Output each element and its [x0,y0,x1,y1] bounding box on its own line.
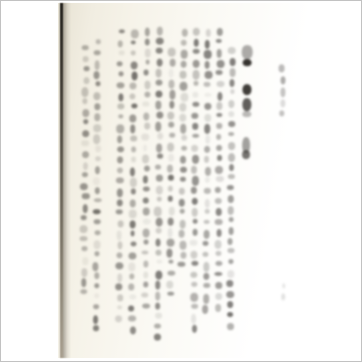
glyph-blob [182,29,188,37]
glyph-blob [130,40,136,44]
glyph-blob [192,123,198,129]
glyph-blob [180,167,187,173]
body-column [179,29,186,272]
glyph-blob [192,325,197,334]
glyph-blob [143,70,149,75]
glyph-blob [215,198,222,204]
glyph-blob [142,155,149,164]
glyph-blob [192,229,197,235]
glyph-blob [142,229,149,238]
glyph-blob [227,312,233,317]
glyph-blob [143,112,149,121]
glyph-blob [129,93,135,100]
glyph-blob [215,166,222,174]
glyph-blob [95,103,101,110]
glyph-blob [131,146,136,153]
glyph-blob [81,141,88,146]
glyph-blob [230,58,236,66]
glyph-blob [192,70,200,79]
glyph-blob [145,38,150,46]
glyph-blob [204,124,210,133]
glyph-blob [155,217,163,226]
glyph-blob [167,249,173,258]
glyph-blob [167,228,173,237]
glyph-blob [181,135,187,141]
glyph-blob [82,98,87,104]
glyph-blob [117,135,123,143]
glyph-blob [156,260,162,264]
glyph-blob [94,272,100,279]
glyph-blob [129,114,136,122]
glyph-blob [204,156,209,163]
glyph-blob [204,61,209,69]
glyph-blob [82,257,87,265]
glyph-blob [130,125,135,133]
glyph-blob [279,110,284,116]
glyph-blob [143,144,148,151]
body-column [93,39,101,338]
glyph-blob [94,219,101,224]
glyph-blob [204,71,212,79]
glyph-blob [93,50,100,55]
glyph-blob [202,304,208,313]
glyph-blob [170,101,175,109]
glyph-blob [179,220,185,229]
glyph-blob [215,240,222,249]
glyph-blob [229,217,234,223]
glyph-blob [94,251,99,256]
glyph-blob [156,37,164,45]
glyph-blob [155,281,160,290]
glyph-blob [216,176,224,181]
glyph-blob [242,111,251,117]
glyph-blob [191,166,197,175]
glyph-blob [143,218,151,225]
glyph-blob [216,70,223,74]
glyph-blob [129,284,135,290]
glyph-blob [131,188,136,194]
glyph-blob [228,111,234,117]
glyph-blob [129,210,137,218]
glyph-blob [94,135,101,144]
glyph-blob [94,71,99,80]
glyph-blob [204,92,211,96]
glyph-blob [119,29,125,33]
glyph-blob [83,119,88,124]
glyph-blob [191,303,198,308]
glyph-blob [181,145,188,151]
glyph-blob [95,166,100,174]
glyph-blob [215,282,222,289]
glyph-blob [155,302,160,309]
columns-layer [0,1,361,362]
glyph-blob [93,177,100,185]
glyph-blob [82,278,87,287]
glyph-blob [130,199,136,207]
glyph-blob [228,248,235,253]
glyph-blob [156,58,162,67]
glyph-blob [156,196,161,201]
glyph-blob [217,28,223,36]
glyph-blob [117,82,124,88]
glyph-blob [180,241,186,250]
glyph-blob [204,209,210,214]
glyph-blob [156,69,162,77]
glyph-blob [227,206,234,215]
glyph-blob [280,87,285,97]
glyph-blob [115,284,122,291]
glyph-blob [190,240,197,246]
glyph-blob [155,249,161,255]
glyph-blob [130,231,135,237]
glyph-blob [204,220,210,224]
glyph-blob [169,58,175,66]
glyph-blob [94,124,101,132]
glyph-blob [228,174,235,179]
glyph-blob [191,261,198,266]
glyph-blob [118,72,123,77]
glyph-blob [117,305,122,310]
glyph-blob [116,167,123,174]
glyph-blob [228,259,234,264]
glyph-blob [190,272,197,279]
glyph-blob [155,101,161,110]
glyph-blob [93,315,98,324]
glyph-blob [216,123,222,128]
glyph-blob [230,89,235,94]
glyph-blob [191,113,198,119]
glyph-blob [191,282,198,286]
glyph-blob [191,187,197,194]
glyph-blob [216,251,222,257]
glyph-blob [193,38,198,46]
glyph-blob [129,252,137,260]
glyph-blob [215,219,223,225]
glyph-blob [179,82,187,92]
glyph-blob [142,303,150,309]
body-column [191,28,199,334]
glyph-blob [141,292,148,297]
glyph-blob [280,76,285,85]
glyph-blob [145,59,150,64]
glyph-blob [95,156,101,161]
glyph-blob [118,220,124,227]
glyph-blob [179,114,186,122]
glyph-blob [94,60,100,69]
glyph-blob [217,92,223,102]
glyph-blob [143,282,148,287]
body-column [227,47,235,332]
glyph-blob [193,219,198,224]
glyph-blob [143,271,148,279]
glyph-blob [229,100,235,108]
glyph-blob [116,252,122,258]
glyph-blob [117,241,122,250]
glyph-blob [193,49,200,54]
glyph-blob [93,325,99,331]
glyph-blob [84,66,90,71]
glyph-blob [178,198,185,206]
glyph-blob [117,146,124,152]
glyph-blob [129,273,135,279]
body-column [167,48,175,302]
glyph-blob [82,151,89,158]
glyph-blob [204,39,209,48]
glyph-blob [180,92,188,101]
glyph-blob [143,197,148,203]
glyph-blob [280,99,285,107]
glyph-blob [82,130,89,137]
glyph-blob [155,80,162,87]
glyph-blob [180,39,186,46]
glyph-blob [155,270,162,279]
glyph-blob [227,238,232,245]
glyph-blob [82,172,88,177]
glyph-blob [83,204,88,213]
glyph-blob [228,195,234,202]
glyph-blob [215,208,221,216]
glyph-blob [155,239,160,247]
section-label-column [280,64,285,120]
glyph-blob [192,176,199,185]
glyph-blob [192,102,200,107]
glyph-blob [181,61,187,69]
glyph-blob [94,294,99,299]
glyph-blob [117,40,122,47]
glyph-blob [155,228,162,234]
glyph-blob [93,262,98,271]
glyph-blob [179,177,185,182]
glyph-blob [205,177,211,183]
glyph-blob [168,175,173,181]
glyph-blob [181,50,187,58]
glyph-blob [168,196,173,202]
glyph-blob [193,28,200,36]
glyph-blob [169,132,175,137]
glyph-blob [131,72,138,81]
glyph-blob [81,88,88,97]
glyph-blob [205,167,211,176]
chapter-heading-column [241,45,251,166]
glyph-blob [94,241,101,250]
glyph-blob [115,316,123,323]
glyph-blob [191,197,198,205]
glyph-blob [203,262,209,272]
glyph-blob [143,176,148,184]
glyph-blob [179,103,187,112]
glyph-blob [157,133,163,140]
glyph-blob [180,209,185,214]
glyph-blob [179,230,185,238]
glyph-blob [203,82,210,87]
glyph-blob [217,155,222,161]
glyph-blob [228,132,234,137]
glyph-blob [228,153,236,162]
glyph-blob [228,47,235,54]
glyph-blob [190,250,198,258]
glyph-blob [204,103,211,110]
glyph-blob [181,124,187,133]
glyph-blob [142,102,149,107]
glyph-blob [228,227,233,235]
glyph-blob [228,121,235,127]
glyph-blob [145,49,151,58]
glyph-blob [142,250,149,254]
glyph-blob [141,133,149,140]
body-column [203,29,211,312]
glyph-blob [129,294,136,299]
glyph-blob [157,154,162,159]
glyph-blob [93,209,101,214]
product-image-frame [0,0,362,362]
glyph-blob [279,64,285,72]
glyph-blob [204,114,211,123]
glyph-blob [154,334,161,340]
glyph-blob [180,251,187,258]
glyph-blob [80,289,87,295]
glyph-blob [180,71,186,79]
glyph-blob [227,270,234,278]
glyph-blob [83,162,89,171]
glyph-blob [156,175,162,181]
glyph-blob [117,125,124,134]
glyph-blob [191,314,197,323]
glyph-blob [203,273,209,280]
glyph-blob [143,187,150,192]
glyph-blob [129,82,136,89]
glyph-blob [227,280,234,287]
glyph-blob [95,113,100,121]
glyph-blob [242,84,251,95]
glyph-blob [131,157,136,163]
glyph-blob [155,48,162,54]
body-column [129,29,137,333]
glyph-blob [128,316,136,322]
glyph-blob [130,178,137,188]
glyph-blob [167,270,175,276]
glyph-blob [144,91,150,97]
glyph-blob [217,102,223,110]
glyph-blob [229,79,235,87]
glyph-blob [191,144,199,151]
glyph-blob [130,167,135,176]
glyph-blob [154,207,162,216]
glyph-blob [154,323,161,328]
glyph-blob [95,188,100,194]
glyph-blob [193,81,198,86]
glyph-blob [94,198,102,202]
glyph-blob [156,27,163,36]
glyph-blob [227,185,234,190]
glyph-blob [227,323,234,330]
glyph-blob [80,236,88,241]
glyph-blob [155,164,161,169]
glyph-blob [117,61,123,67]
glyph-blob [95,145,101,152]
glyph-blob [179,188,184,195]
glyph-blob [191,208,197,217]
glyph-blob [155,90,162,97]
glyph-blob [96,39,101,44]
glyph-blob [130,135,137,141]
glyph-blob [215,187,221,193]
glyph-blob [168,122,174,128]
glyph-blob [81,247,87,251]
glyph-blob [193,60,200,69]
glyph-blob [243,98,252,112]
glyph-blob [229,68,235,77]
glyph-blob [131,29,138,38]
glyph-blob [204,294,209,304]
glyph-blob [167,111,174,119]
glyph-blob [117,199,123,206]
glyph-blob [167,291,174,296]
glyph-blob [130,326,137,334]
glyph-blob [129,220,135,228]
body-column [81,45,89,301]
glyph-blob [203,241,209,246]
glyph-blob [115,263,123,270]
glyph-blob [82,45,89,50]
glyph-blob [116,188,123,197]
glyph-blob [82,109,89,118]
glyph-blob [131,51,136,56]
glyph-blob [167,164,173,172]
glyph-blob [204,50,211,59]
smudge-mark [281,283,285,297]
glyph-blob [227,301,234,308]
glyph-blob [216,49,221,57]
glyph-blob [216,229,221,236]
glyph-blob [204,188,211,194]
glyph-blob [204,145,210,152]
glyph-blob [118,114,123,119]
glyph-blob [281,293,286,300]
body-column [215,28,223,314]
glyph-blob [128,263,135,272]
glyph-blob [128,305,134,311]
glyph-blob [118,104,125,110]
glyph-blob [116,231,121,241]
glyph-blob [96,82,101,87]
glyph-blob [216,145,222,151]
glyph-blob [217,60,225,68]
glyph-blob [226,291,234,298]
glyph-blob [203,283,210,288]
glyph-blob [156,143,161,152]
glyph-blob [180,156,186,164]
glyph-blob [168,48,176,57]
glyph-blob [144,123,150,129]
glyph-blob [168,185,173,191]
glyph-blob [169,69,174,78]
glyph-blob [144,165,150,172]
glyph-blob [80,183,88,191]
glyph-blob [215,293,222,300]
glyph-blob [131,104,138,108]
glyph-blob [130,241,137,246]
glyph-blob [242,45,253,59]
glyph-blob [93,92,100,100]
glyph-blob [116,210,123,215]
glyph-blob [167,238,174,246]
glyph-blob [228,164,233,172]
glyph-blob [81,268,87,277]
glyph-blob [178,262,186,267]
glyph-blob [168,217,174,225]
glyph-blob [155,292,160,301]
glyph-blob [81,215,87,220]
